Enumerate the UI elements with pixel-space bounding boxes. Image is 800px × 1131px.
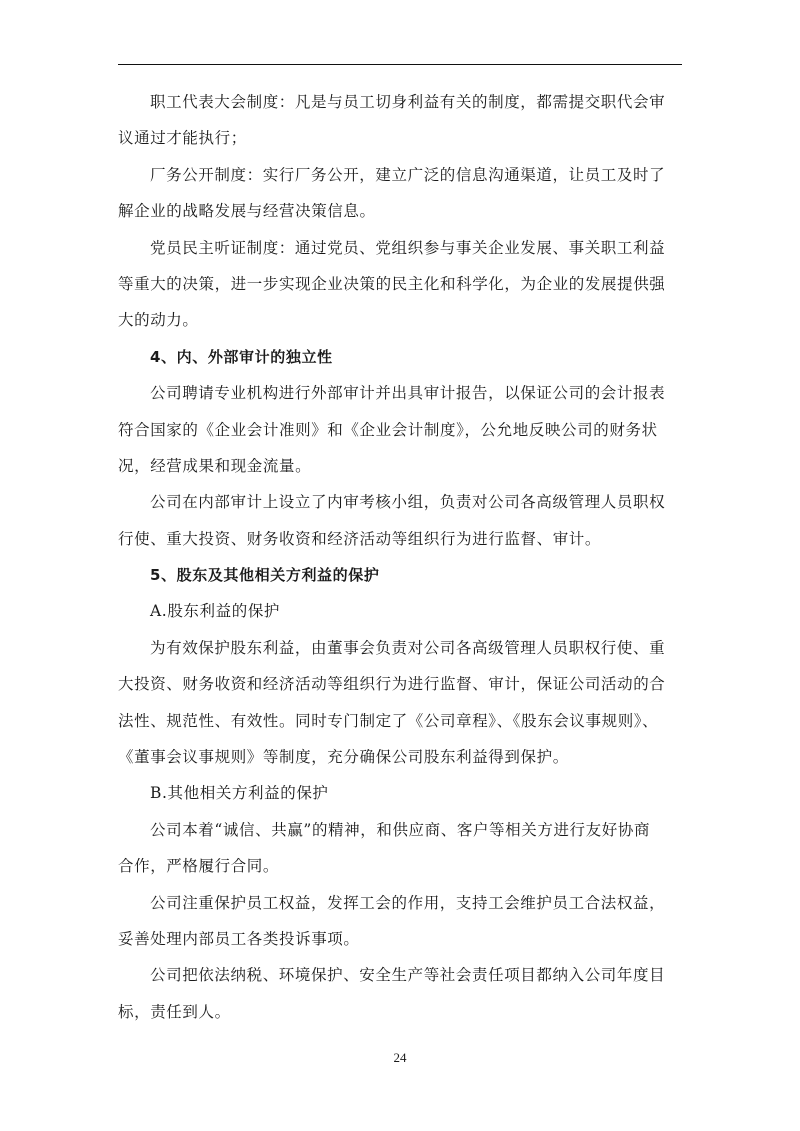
paragraph-line: 《董事会议事规则》等制度，充分确保公司股东利益得到保护。 bbox=[118, 739, 682, 775]
page-number: 24 bbox=[0, 1050, 800, 1066]
paragraph-line: 法性、规范性、有效性。同时专门制定了《公司章程》、《股东会议事规则》、 bbox=[118, 703, 682, 739]
section-heading-5: 5、股东及其他相关方利益的保护 bbox=[118, 557, 682, 593]
paragraph-line: 行使、重大投资、财务收资和经济活动等组织行为进行监督、审计。 bbox=[118, 521, 682, 557]
paragraph-line: 大的动力。 bbox=[118, 302, 682, 338]
paragraph-line: 公司聘请专业机构进行外部审计并出具审计报告，以保证公司的会计报表 bbox=[118, 375, 682, 411]
header-rule bbox=[118, 64, 682, 65]
paragraph-line: 况，经营成果和现金流量。 bbox=[118, 448, 682, 484]
paragraph-line: 等重大的决策，进一步实现企业决策的民主化和科学化，为企业的发展提供强 bbox=[118, 266, 682, 302]
paragraph-line: 公司在内部审计上设立了内审考核小组，负责对公司各高级管理人员职权 bbox=[118, 484, 682, 520]
subsection-heading-b: B.其他相关方利益的保护 bbox=[118, 775, 682, 811]
paragraph-line: 标，责任到人。 bbox=[118, 994, 682, 1030]
page-body: 职工代表大会制度：凡是与员工切身利益有关的制度，都需提交职代会审 议通过才能执行… bbox=[118, 84, 682, 1030]
paragraph-line: 大投资、财务收资和经济活动等组织行为进行监督、审计，保证公司活动的合 bbox=[118, 666, 682, 702]
paragraph-line: 符合国家的《企业会计准则》和《企业会计制度》，公允地反映公司的财务状 bbox=[118, 412, 682, 448]
subsection-heading-a: A.股东利益的保护 bbox=[118, 593, 682, 629]
paragraph-line: 职工代表大会制度：凡是与员工切身利益有关的制度，都需提交职代会审 bbox=[118, 84, 682, 120]
paragraph-line: 为有效保护股东利益，由董事会负责对公司各高级管理人员职权行使、重 bbox=[118, 630, 682, 666]
paragraph-line: 公司注重保护员工权益，发挥工会的作用，支持工会维护员工合法权益， bbox=[118, 885, 682, 921]
section-heading-4: 4、内、外部审计的独立性 bbox=[118, 339, 682, 375]
paragraph-line: 合作，严格履行合同。 bbox=[118, 848, 682, 884]
paragraph-line: 妥善处理内部员工各类投诉事项。 bbox=[118, 921, 682, 957]
paragraph-line: 公司把依法纳税、环境保护、安全生产等社会责任项目都纳入公司年度目 bbox=[118, 957, 682, 993]
paragraph-line: 解企业的战略发展与经营决策信息。 bbox=[118, 193, 682, 229]
paragraph-line: 厂务公开制度：实行厂务公开，建立广泛的信息沟通渠道，让员工及时了 bbox=[118, 157, 682, 193]
paragraph-line: 党员民主听证制度：通过党员、党组织参与事关企业发展、事关职工利益 bbox=[118, 230, 682, 266]
paragraph-line: 公司本着“诚信、共赢”的精神，和供应商、客户等相关方进行友好协商 bbox=[118, 812, 682, 848]
paragraph-line: 议通过才能执行； bbox=[118, 120, 682, 156]
